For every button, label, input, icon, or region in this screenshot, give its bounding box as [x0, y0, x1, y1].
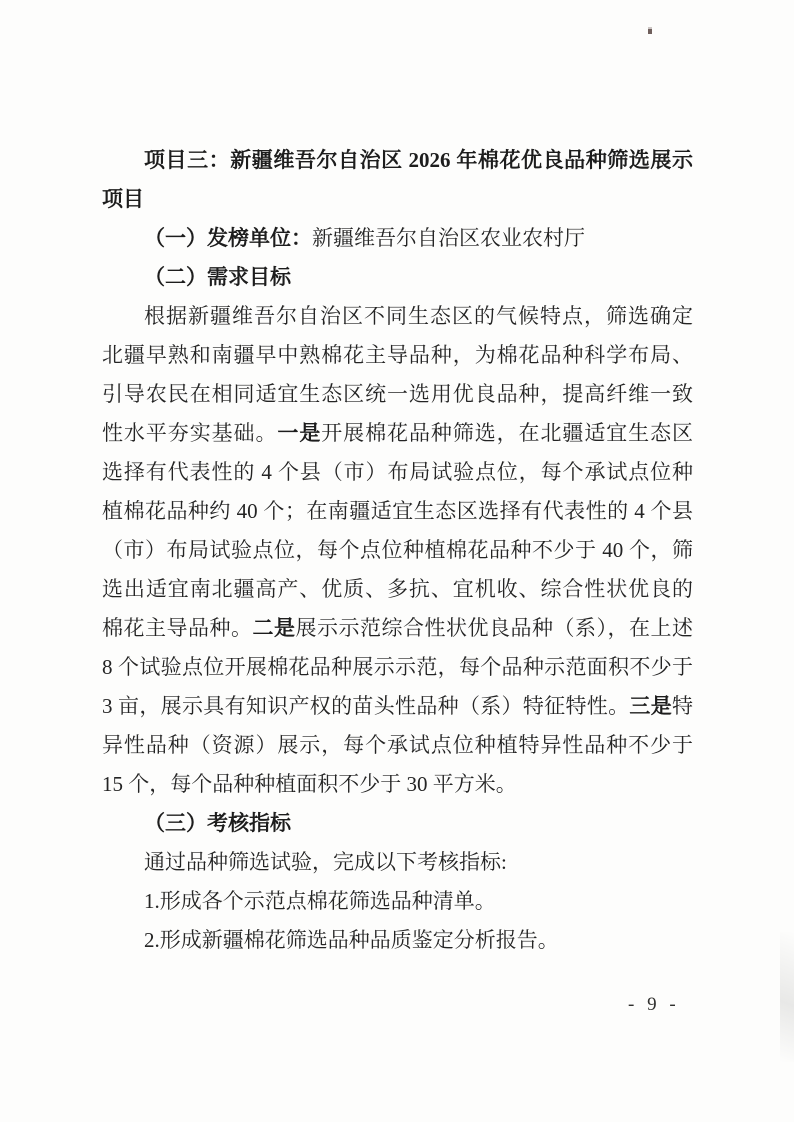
- project-title-line: 项目三：新疆维吾尔自治区 2026 年棉花优良品种筛选展示: [102, 141, 693, 180]
- text-segment: 根据新疆维吾尔自治区不同生态区的气候特点，筛选确定: [144, 304, 693, 328]
- body-line: 8 个试验点位开展棉花品种展示示范，每个品种示范面积不少于: [102, 648, 693, 687]
- body-line: 选择有代表性的 4 个县（市）布局试验点位，每个承试点位种: [102, 453, 693, 492]
- project-title-line: 项目: [102, 180, 693, 219]
- scan-speck-artifact: [648, 29, 652, 34]
- text-segment: 性水平夯实基础。: [102, 421, 277, 445]
- body-line: 15 个，每个品种种植面积不少于 30 平方米。: [102, 765, 693, 804]
- text-segment: 一是: [277, 421, 321, 445]
- body-line: 性水平夯实基础。一是开展棉花品种筛选，在北疆适宜生态区: [102, 414, 693, 453]
- body-line: 根据新疆维吾尔自治区不同生态区的气候特点，筛选确定: [102, 297, 693, 336]
- assessment-item-1: 1.形成各个示范点棉花筛选品种清单。: [102, 882, 693, 921]
- body-line: （市）布局试验点位，每个点位种植棉花品种不少于 40 个，筛: [102, 531, 693, 570]
- text-segment: 展示示范综合性状优良品种（系），在上述: [296, 616, 694, 640]
- text-segment: 植棉花品种约 40 个；在南疆适宜生态区选择有代表性的 4 个县: [102, 499, 693, 523]
- section-issuing-unit: （一）发榜单位：新疆维吾尔自治区农业农村厅: [102, 219, 693, 258]
- text-segment: （市）布局试验点位，每个点位种植棉花品种不少于 40 个，筛: [102, 538, 693, 562]
- body-line: 棉花主导品种。二是展示示范综合性状优良品种（系），在上述: [102, 609, 693, 648]
- text-segment: 特: [672, 694, 693, 718]
- text-segment: 选择有代表性的 4 个县（市）布局试验点位，每个承试点位种: [102, 460, 693, 484]
- document-body: 项目三：新疆维吾尔自治区 2026 年棉花优良品种筛选展示项目（一）发榜单位：新…: [102, 141, 693, 960]
- issuing-unit-value: 新疆维吾尔自治区农业农村厅: [312, 226, 585, 250]
- body-line: 3 亩，展示具有知识产权的苗头性品种（系）特征特性。三是特: [102, 687, 693, 726]
- document-page: { "meta": { "page_number": "- 9 -" }, "c…: [0, 0, 794, 1122]
- assessment-item-2: 2.形成新疆棉花筛选品种品质鉴定分析报告。: [102, 921, 693, 960]
- text-segment: （二）需求目标: [144, 265, 291, 289]
- text-segment: （三）考核指标: [144, 811, 291, 835]
- body-line: 植棉花品种约 40 个；在南疆适宜生态区选择有代表性的 4 个县: [102, 492, 693, 531]
- text-segment: 北疆早熟和南疆早中熟棉花主导品种，为棉花品种科学布局、: [102, 343, 693, 367]
- text-segment: 开展棉花品种筛选，在北疆适宜生态区: [321, 421, 693, 445]
- text-segment: 3 亩，展示具有知识产权的苗头性品种（系）特征特性。: [102, 694, 629, 718]
- page-number: - 9 -: [628, 994, 680, 1016]
- body-line: 异性品种（资源）展示，每个承试点位种植特异性品种不少于: [102, 726, 693, 765]
- text-segment: 2.形成新疆棉花筛选品种品质鉴定分析报告。: [144, 928, 559, 952]
- text-segment: 三是: [629, 694, 672, 718]
- text-segment: 通过品种筛选试验，完成以下考核指标:: [144, 850, 507, 874]
- text-segment: 棉花主导品种。: [102, 616, 253, 640]
- text-segment: 项目三：新疆维吾尔自治区 2026 年棉花优良品种筛选展示: [144, 148, 693, 172]
- section-heading-demand-goal: （二）需求目标: [102, 258, 693, 297]
- section-label: （一）发榜单位：: [144, 226, 312, 250]
- text-segment: 选出适宜南北疆高产、优质、多抗、宜机收、综合性状优良的: [102, 577, 693, 601]
- text-segment: 项目: [102, 187, 144, 211]
- text-segment: 异性品种（资源）展示，每个承试点位种植特异性品种不少于: [102, 733, 693, 757]
- text-segment: 引导农民在相同适宜生态区统一选用优良品种，提高纤维一致: [102, 382, 693, 406]
- text-segment: 二是: [253, 616, 296, 640]
- body-line: 选出适宜南北疆高产、优质、多抗、宜机收、综合性状优良的: [102, 570, 693, 609]
- body-line: 引导农民在相同适宜生态区统一选用优良品种，提高纤维一致: [102, 375, 693, 414]
- text-segment: 1.形成各个示范点棉花筛选品种清单。: [144, 889, 496, 913]
- section-heading-assessment: （三）考核指标: [102, 804, 693, 843]
- body-line: 北疆早熟和南疆早中熟棉花主导品种，为棉花品种科学布局、: [102, 336, 693, 375]
- body-line: 通过品种筛选试验，完成以下考核指标:: [102, 843, 693, 882]
- scan-smudge-artifact: [780, 932, 794, 1062]
- text-segment: 15 个，每个品种种植面积不少于 30 平方米。: [102, 772, 517, 796]
- text-segment: 8 个试验点位开展棉花品种展示示范，每个品种示范面积不少于: [102, 655, 693, 679]
